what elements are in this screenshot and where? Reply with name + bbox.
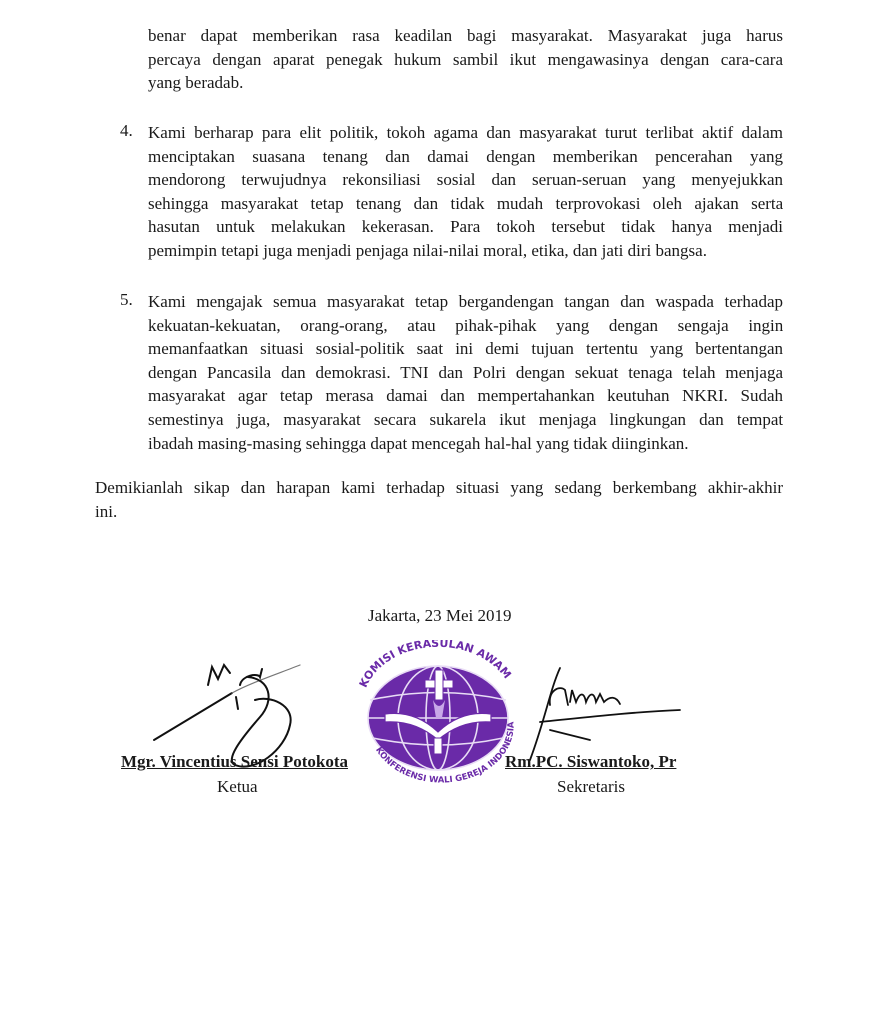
text-line: ibadah masing-masing sehingga dapat menc…	[148, 432, 783, 456]
text-line: memanfaatkan situasi sosial-politik saat…	[148, 337, 783, 361]
text-line: Kami berharap para elit politik, tokoh a…	[148, 121, 783, 145]
text-line: dengan Pancasila dan demokrasi. TNI dan …	[148, 361, 783, 385]
text-line: menciptakan suasana tenang dan damai den…	[148, 145, 783, 169]
text-line: kekuatan-kekuatan, orang-orang, atau pih…	[148, 314, 783, 338]
signatory-role: Sekretaris	[557, 777, 625, 797]
text-line: Demikianlah sikap dan harapan kami terha…	[95, 476, 783, 500]
text-line: semestinya juga, masyarakat secara sukar…	[148, 408, 783, 432]
text-line: Kami mengajak semua masyarakat tetap ber…	[148, 290, 783, 314]
list-item-5: Kami mengajak semua masyarakat tetap ber…	[148, 290, 783, 455]
text-line: pemimpin tetapi juga menjadi penjaga nil…	[148, 239, 783, 263]
text-line: sehingga masyarakat tetap tenang dan tid…	[148, 192, 783, 216]
list-item-4: Kami berharap para elit politik, tokoh a…	[148, 121, 783, 263]
place-date: Jakarta, 23 Mei 2019	[368, 606, 512, 626]
text-line: masyarakat agar tetap merasa damai dan m…	[148, 384, 783, 408]
text-line: mendorong terwujudnya rekonsiliasi sosia…	[148, 168, 783, 192]
text-line: benar dapat memberikan rasa keadilan bag…	[148, 24, 783, 48]
list-number-4: 4.	[120, 121, 133, 141]
signatory-role: Ketua	[217, 777, 258, 797]
paragraph-continuation: benar dapat memberikan rasa keadilan bag…	[148, 24, 783, 95]
closing-paragraph: Demikianlah sikap dan harapan kami terha…	[95, 476, 783, 523]
signatory-name: Mgr. Vincentius Sensi Potokota	[121, 752, 348, 772]
seal-logo-icon: KOMISI KERASULAN AWAM KONFERENSI WALI GE…	[345, 640, 530, 790]
list-number-5: 5.	[120, 290, 133, 310]
text-line: percaya dengan aparat penegak hukum samb…	[148, 48, 783, 72]
signatory-name: Rm.PC. Siswantoko, Pr	[505, 752, 676, 772]
document-page: benar dapat memberikan rasa keadilan bag…	[0, 0, 869, 1024]
text-line: hasutan untuk melakukan kekerasan. Para …	[148, 215, 783, 239]
text-line: ini.	[95, 500, 783, 524]
text-line: yang beradab.	[148, 71, 783, 95]
